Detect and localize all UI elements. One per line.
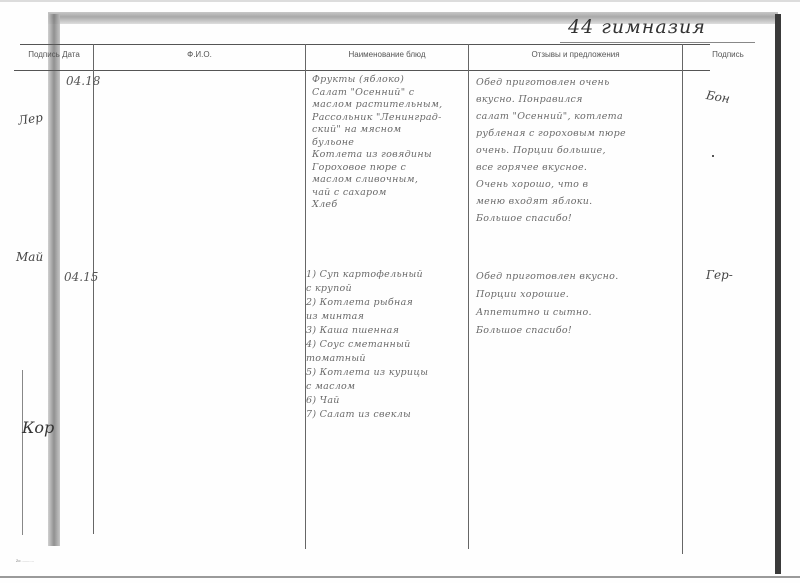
feedback-line: Очень хорошо, что в bbox=[476, 176, 626, 193]
footer-note: 2о ........... bbox=[16, 558, 34, 563]
entry-1-date: 04.18 bbox=[66, 74, 100, 88]
stray-mark bbox=[712, 155, 714, 157]
entry-2-dishes: 1) Суп картофельный с крупой2) Котлета р… bbox=[306, 268, 428, 422]
dish-line: 1) Суп картофельный bbox=[306, 268, 428, 282]
dish-line: чай с сахаром bbox=[312, 187, 442, 200]
feedback-line: Аппетитно и сытно. bbox=[476, 304, 619, 322]
entry-1-signature: Бон bbox=[705, 88, 731, 106]
scanned-page: 44 гимназия Подпись Дата Ф.И.О. Наименов… bbox=[0, 0, 800, 583]
margin-signature-3: Кор bbox=[22, 418, 54, 437]
entry-2-date: 04.15 bbox=[64, 270, 98, 284]
feedback-line: Обед приготовлен вкусно. bbox=[476, 268, 619, 286]
dish-line: маслом растительным, bbox=[312, 99, 442, 112]
dish-line: Котлета из говядины bbox=[312, 149, 442, 162]
dish-line: Рассольник "Ленинград- bbox=[312, 112, 442, 125]
dish-line: 6) Чай bbox=[306, 394, 428, 408]
dish-line: Гороховое пюре с bbox=[312, 162, 442, 175]
entry-2-feedback: Обед приготовлен вкусно.Порции хорошие.А… bbox=[476, 268, 619, 340]
column-divider-4 bbox=[682, 44, 683, 554]
feedback-line: все горячее вкусное. bbox=[476, 159, 626, 176]
dish-line: бульоне bbox=[312, 137, 442, 150]
dish-line: 3) Каша пшенная bbox=[306, 324, 428, 338]
column-divider-3 bbox=[468, 44, 469, 549]
dish-line: 5) Котлета из курицы bbox=[306, 366, 428, 380]
feedback-line: Порции хорошие. bbox=[476, 286, 619, 304]
feedback-line: Большое спасибо! bbox=[476, 322, 619, 340]
feedback-line: Большое спасибо! bbox=[476, 210, 626, 227]
dish-line: с крупой bbox=[306, 282, 428, 296]
entry-2-margin-signature: Май bbox=[16, 250, 43, 264]
feedback-line: Обед приготовлен очень bbox=[476, 74, 626, 91]
entry-1-feedback: Обед приготовлен оченьвкусно. Понравился… bbox=[476, 74, 626, 227]
column-divider-1 bbox=[93, 44, 94, 534]
header-dishes: Наименование блюд bbox=[306, 50, 468, 59]
header-date: Подпись Дата bbox=[24, 50, 84, 59]
header-bottom-border bbox=[14, 70, 710, 71]
header-feedback: Отзывы и предложения bbox=[469, 50, 682, 59]
feedback-line: вкусно. Понравился bbox=[476, 91, 626, 108]
dish-line: Фрукты (яблоко) bbox=[312, 74, 442, 87]
entry-2-signature: Гер- bbox=[706, 268, 733, 282]
dish-line: 4) Соус сметанный bbox=[306, 338, 428, 352]
dish-line: Хлеб bbox=[312, 199, 442, 212]
handwritten-heading: 44 гимназия bbox=[568, 16, 706, 38]
header-fio: Ф.И.О. bbox=[94, 50, 305, 59]
header-signature: Подпись bbox=[683, 50, 773, 59]
feedback-line: меню входят яблоки. bbox=[476, 193, 626, 210]
dish-line: маслом сливочным, bbox=[312, 174, 442, 187]
scan-shadow-left bbox=[48, 14, 60, 546]
heading-underline bbox=[560, 42, 755, 43]
dish-line: с маслом bbox=[306, 380, 428, 394]
dish-line: томатный bbox=[306, 352, 428, 366]
scan-shadow-right bbox=[775, 14, 781, 574]
dish-line: 2) Котлета рыбная bbox=[306, 296, 428, 310]
left-margin-line bbox=[22, 370, 23, 535]
dish-line: ский" на мясном bbox=[312, 124, 442, 137]
entry-1-dishes: Фрукты (яблоко)Салат "Осенний" смаслом р… bbox=[312, 74, 442, 212]
dish-line: 7) Салат из свеклы bbox=[306, 408, 428, 422]
table-top-border bbox=[20, 44, 710, 45]
scan-edge-bottom bbox=[0, 576, 800, 578]
scan-edge-top bbox=[0, 0, 800, 2]
feedback-line: салат "Осенний", котлета bbox=[476, 108, 626, 125]
entry-1-margin-signature: Лер bbox=[17, 110, 44, 127]
feedback-line: рубленая с гороховым пюре bbox=[476, 125, 626, 142]
dish-line: из минтая bbox=[306, 310, 428, 324]
feedback-line: очень. Порции большие, bbox=[476, 142, 626, 159]
dish-line: Салат "Осенний" с bbox=[312, 87, 442, 100]
